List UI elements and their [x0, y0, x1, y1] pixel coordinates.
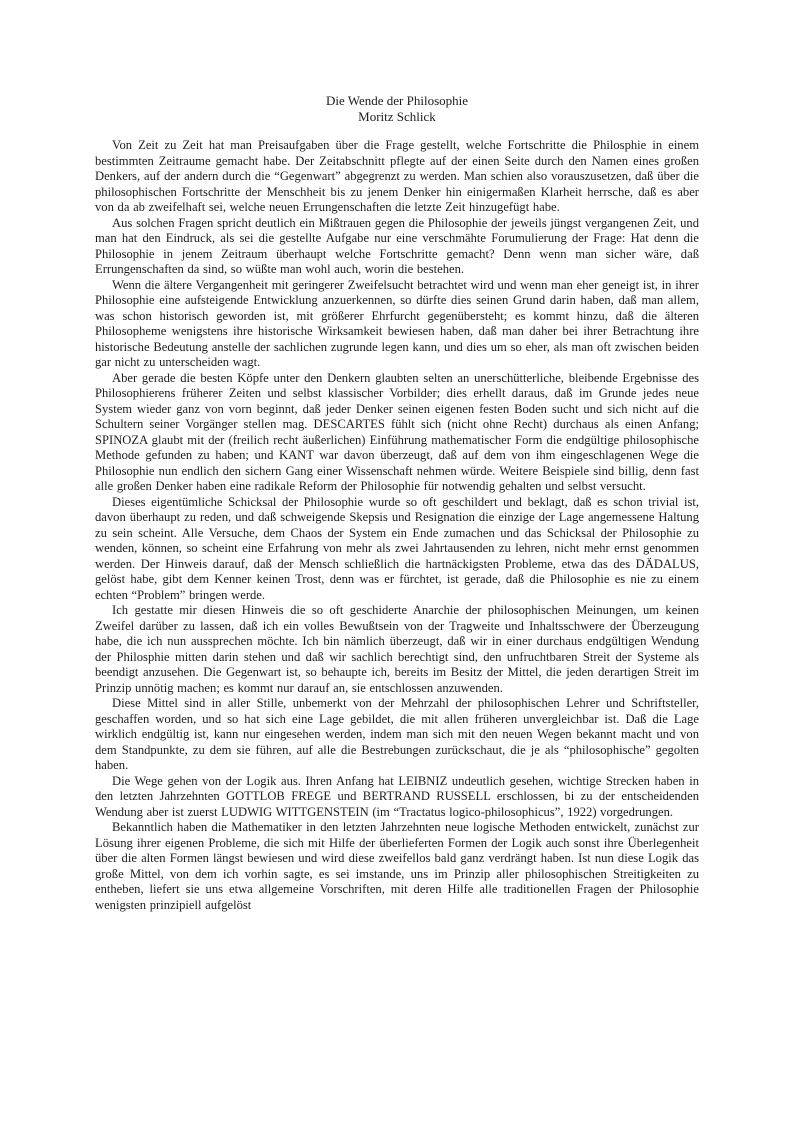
document-author: Moritz Schlick [95, 109, 699, 125]
paragraph-5: Dieses eigentümliche Schicksal der Philo… [95, 495, 699, 604]
paragraph-6: Ich gestatte mir diesen Hinweis die so o… [95, 603, 699, 696]
document-body: Von Zeit zu Zeit hat man Preisaufgaben ü… [95, 138, 699, 913]
paragraph-4: Aber gerade die besten Köpfe unter den D… [95, 371, 699, 495]
paragraph-1: Von Zeit zu Zeit hat man Preisaufgaben ü… [95, 138, 699, 216]
paragraph-7: Diese Mittel sind in aller Stille, unbem… [95, 696, 699, 774]
document-page: Die Wende der Philosophie Moritz Schlick… [0, 0, 793, 1122]
paragraph-9: Bekanntlich haben die Mathematiker in de… [95, 820, 699, 913]
paragraph-3: Wenn die ältere Vergangenheit mit gering… [95, 278, 699, 371]
paragraph-2: Aus solchen Fragen spricht deutlich ein … [95, 216, 699, 278]
page-content: Die Wende der Philosophie Moritz Schlick… [95, 93, 699, 913]
paragraph-8: Die Wege gehen von der Logik aus. Ihren … [95, 774, 699, 821]
document-title: Die Wende der Philosophie [95, 93, 699, 109]
